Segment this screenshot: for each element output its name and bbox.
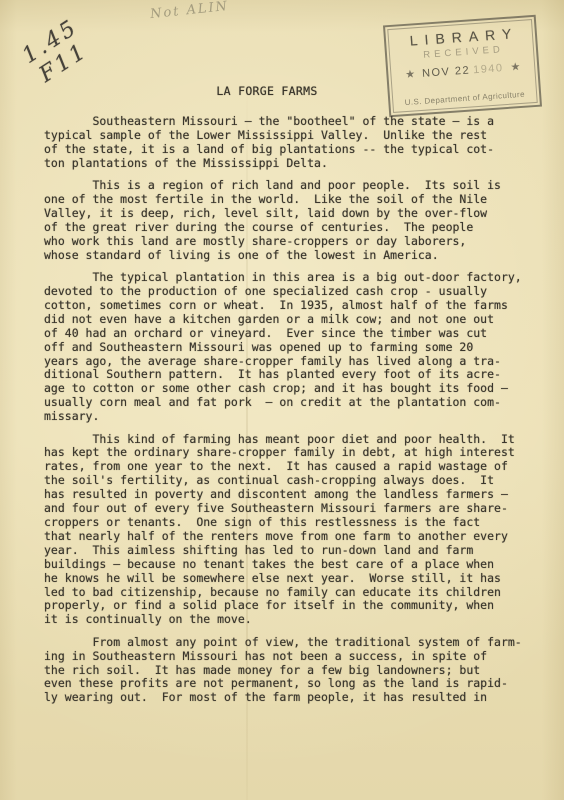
stamp-date-year: 1940 <box>473 62 504 76</box>
paragraph-1: Southeastern Missouri — the "bootheel" o… <box>44 115 544 171</box>
handwritten-pencil-note: Not ALIN <box>149 0 229 22</box>
paragraph-2: This is a region of rich land and poor p… <box>44 179 544 262</box>
document-title: LA FORGE FARMS <box>0 84 549 98</box>
paragraph-4: This kind of farming has meant poor diet… <box>44 433 544 628</box>
stamp-date-line: ★NOV 221940★ <box>388 59 538 82</box>
scanned-document-page: 1.45 F11 Not ALIN LIBRARY RECEIVED ★NOV … <box>0 0 564 800</box>
stamp-date-month-day: NOV 22 <box>422 64 471 79</box>
library-received-stamp: LIBRARY RECEIVED ★NOV 221940★ U.S. Depar… <box>383 15 542 117</box>
star-icon-left: ★ <box>405 68 416 81</box>
paragraph-5: From almost any point of view, the tradi… <box>44 636 544 706</box>
star-icon-right: ★ <box>510 61 521 74</box>
handwritten-catalog-number: 1.45 F11 <box>18 15 96 90</box>
paragraph-3: The typical plantation in this area is a… <box>44 271 544 424</box>
document-body: Southeastern Missouri — the "bootheel" o… <box>44 115 544 714</box>
